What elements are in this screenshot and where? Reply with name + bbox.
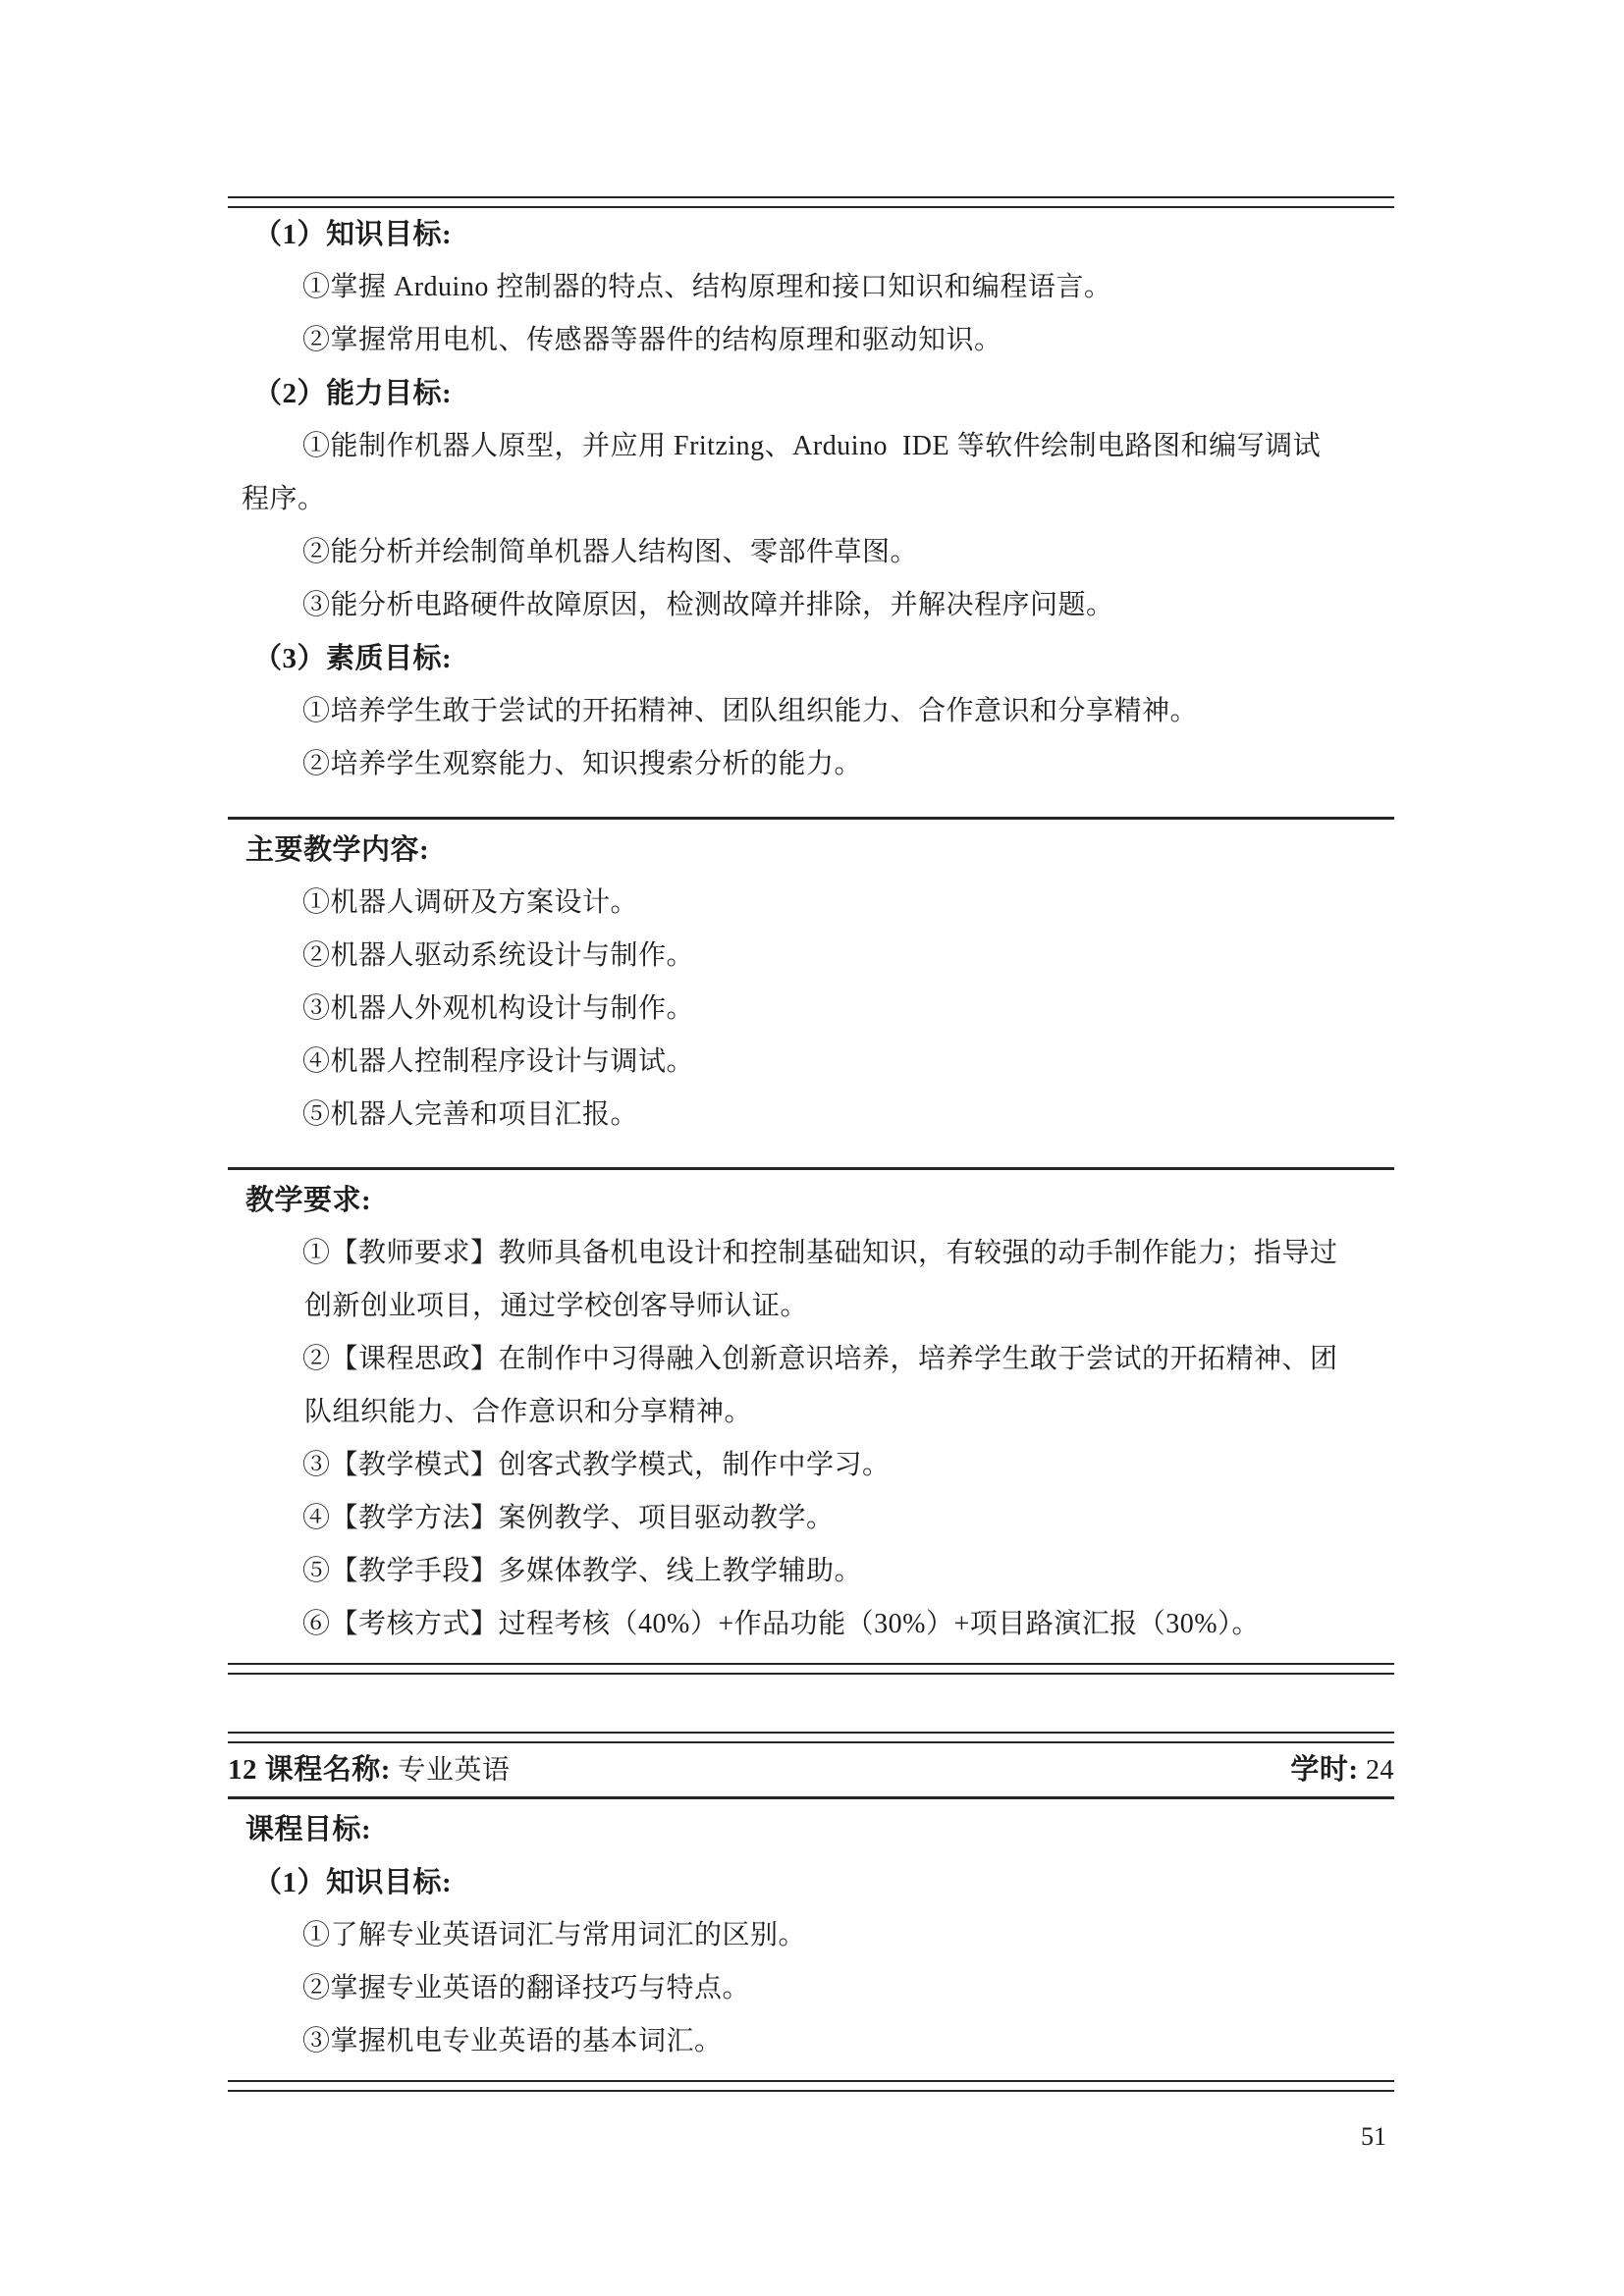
course-header-row: 12 课程名称: 专业英语学时: 24 <box>228 1743 1394 1796</box>
list-item: ③掌握机电专业英语的基本词汇。 <box>228 2015 1394 2068</box>
hours-value: 24 <box>1359 1755 1395 1786</box>
section-divider-double <box>228 1663 1394 1675</box>
course-title: 专业英语 <box>391 1755 511 1786</box>
section-divider <box>228 817 1394 820</box>
list-item: ②培养学生观察能力、知识搜索分析的能力。 <box>228 738 1394 791</box>
hours-label: 学时: <box>1290 1754 1358 1786</box>
section-divider <box>228 1167 1394 1170</box>
section-gap <box>228 1675 1394 1720</box>
list-item-continuation: 程序。 <box>228 473 1394 526</box>
subsection-heading: 主要教学内容: <box>228 824 1394 877</box>
subsection-heading: 课程目标: <box>228 1803 1394 1856</box>
list-item: ②能分析并绘制简单机器人结构图、零部件草图。 <box>228 526 1394 579</box>
objective-heading: （2）能力目标: <box>228 367 1394 420</box>
objective-heading: （1）知识目标: <box>228 1856 1394 1909</box>
list-item-continuation: 创新创业项目，通过学校创客导师认证。 <box>228 1280 1394 1333</box>
course-hours-group: 学时: 24 <box>1290 1743 1394 1796</box>
list-item: ②机器人驱动系统设计与制作。 <box>228 930 1394 983</box>
list-item: ③【教学模式】创客式教学模式，制作中学习。 <box>228 1439 1394 1492</box>
list-item-continuation: 队组织能力、合作意识和分享精神。 <box>228 1386 1394 1439</box>
section-divider-double <box>228 2080 1394 2092</box>
list-item: ①机器人调研及方案设计。 <box>228 877 1394 930</box>
list-item: ①培养学生敢于尝试的开拓精神、团队组织能力、合作意识和分享精神。 <box>228 685 1394 738</box>
list-item: ⑤机器人完善和项目汇报。 <box>228 1089 1394 1142</box>
course-title-group: 12 课程名称: 专业英语 <box>228 1743 510 1796</box>
course-number-label: 12 课程名称: <box>228 1754 391 1786</box>
list-item: ④【教学方法】案例教学、项目驱动教学。 <box>228 1492 1394 1545</box>
section-divider-double <box>228 1732 1394 1743</box>
list-item: ②【课程思政】在制作中习得融入创新意识培养，培养学生敢于尝试的开拓精神、团 <box>228 1333 1394 1386</box>
list-item: ①能制作机器人原型，并应用 Fritzing、Arduino IDE 等软件绘制… <box>228 420 1394 473</box>
list-item: ③机器人外观机构设计与制作。 <box>228 983 1394 1036</box>
header-divider <box>228 1796 1394 1799</box>
document-body: （1）知识目标:①掌握 Arduino 控制器的特点、结构原理和接口知识和编程语… <box>228 196 1394 2092</box>
objective-heading: （3）素质目标: <box>228 632 1394 685</box>
section-divider-double <box>228 196 1394 208</box>
list-item: ⑥【考核方式】过程考核（40%）+作品功能（30%）+项目路演汇报（30%）。 <box>228 1598 1394 1651</box>
subsection-heading: 教学要求: <box>228 1174 1394 1227</box>
list-item: ③能分析电路硬件故障原因，检测故障并排除，并解决程序问题。 <box>228 579 1394 632</box>
objective-heading: （1）知识目标: <box>228 208 1394 261</box>
page-number: 51 <box>228 2110 1386 2163</box>
list-item: ④机器人控制程序设计与调试。 <box>228 1036 1394 1089</box>
list-item: ②掌握常用电机、传感器等器件的结构原理和驱动知识。 <box>228 314 1394 367</box>
list-item: ①【教师要求】教师具备机电设计和控制基础知识，有较强的动手制作能力；指导过 <box>228 1227 1394 1280</box>
list-item: ⑤【教学手段】多媒体教学、线上教学辅助。 <box>228 1545 1394 1598</box>
list-item: ①掌握 Arduino 控制器的特点、结构原理和接口知识和编程语言。 <box>228 261 1394 314</box>
list-item: ①了解专业英语词汇与常用词汇的区别。 <box>228 1909 1394 1962</box>
list-item: ②掌握专业英语的翻译技巧与特点。 <box>228 1962 1394 2015</box>
